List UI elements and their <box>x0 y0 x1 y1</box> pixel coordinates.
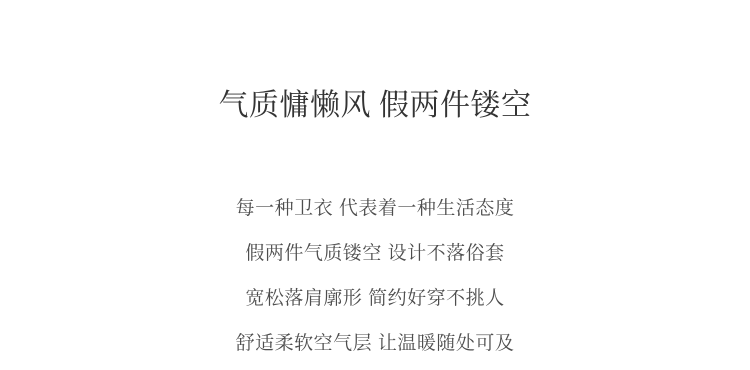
description-line-1: 每一种卫衣 代表着一种生活态度 <box>0 186 750 231</box>
description-line-4: 舒适柔软空气层 让温暖随处可及 <box>0 321 750 366</box>
description-line-2: 假两件气质镂空 设计不落俗套 <box>0 231 750 276</box>
description-line-3: 宽松落肩廓形 简约好穿不挑人 <box>0 276 750 321</box>
product-description-section: 气质慵懒风 假两件镂空 每一种卫衣 代表着一种生活态度 假两件气质镂空 设计不落… <box>0 0 750 370</box>
description-text-block: 每一种卫衣 代表着一种生活态度 假两件气质镂空 设计不落俗套 宽松落肩廓形 简约… <box>0 186 750 366</box>
section-title: 气质慵懒风 假两件镂空 <box>0 88 750 124</box>
